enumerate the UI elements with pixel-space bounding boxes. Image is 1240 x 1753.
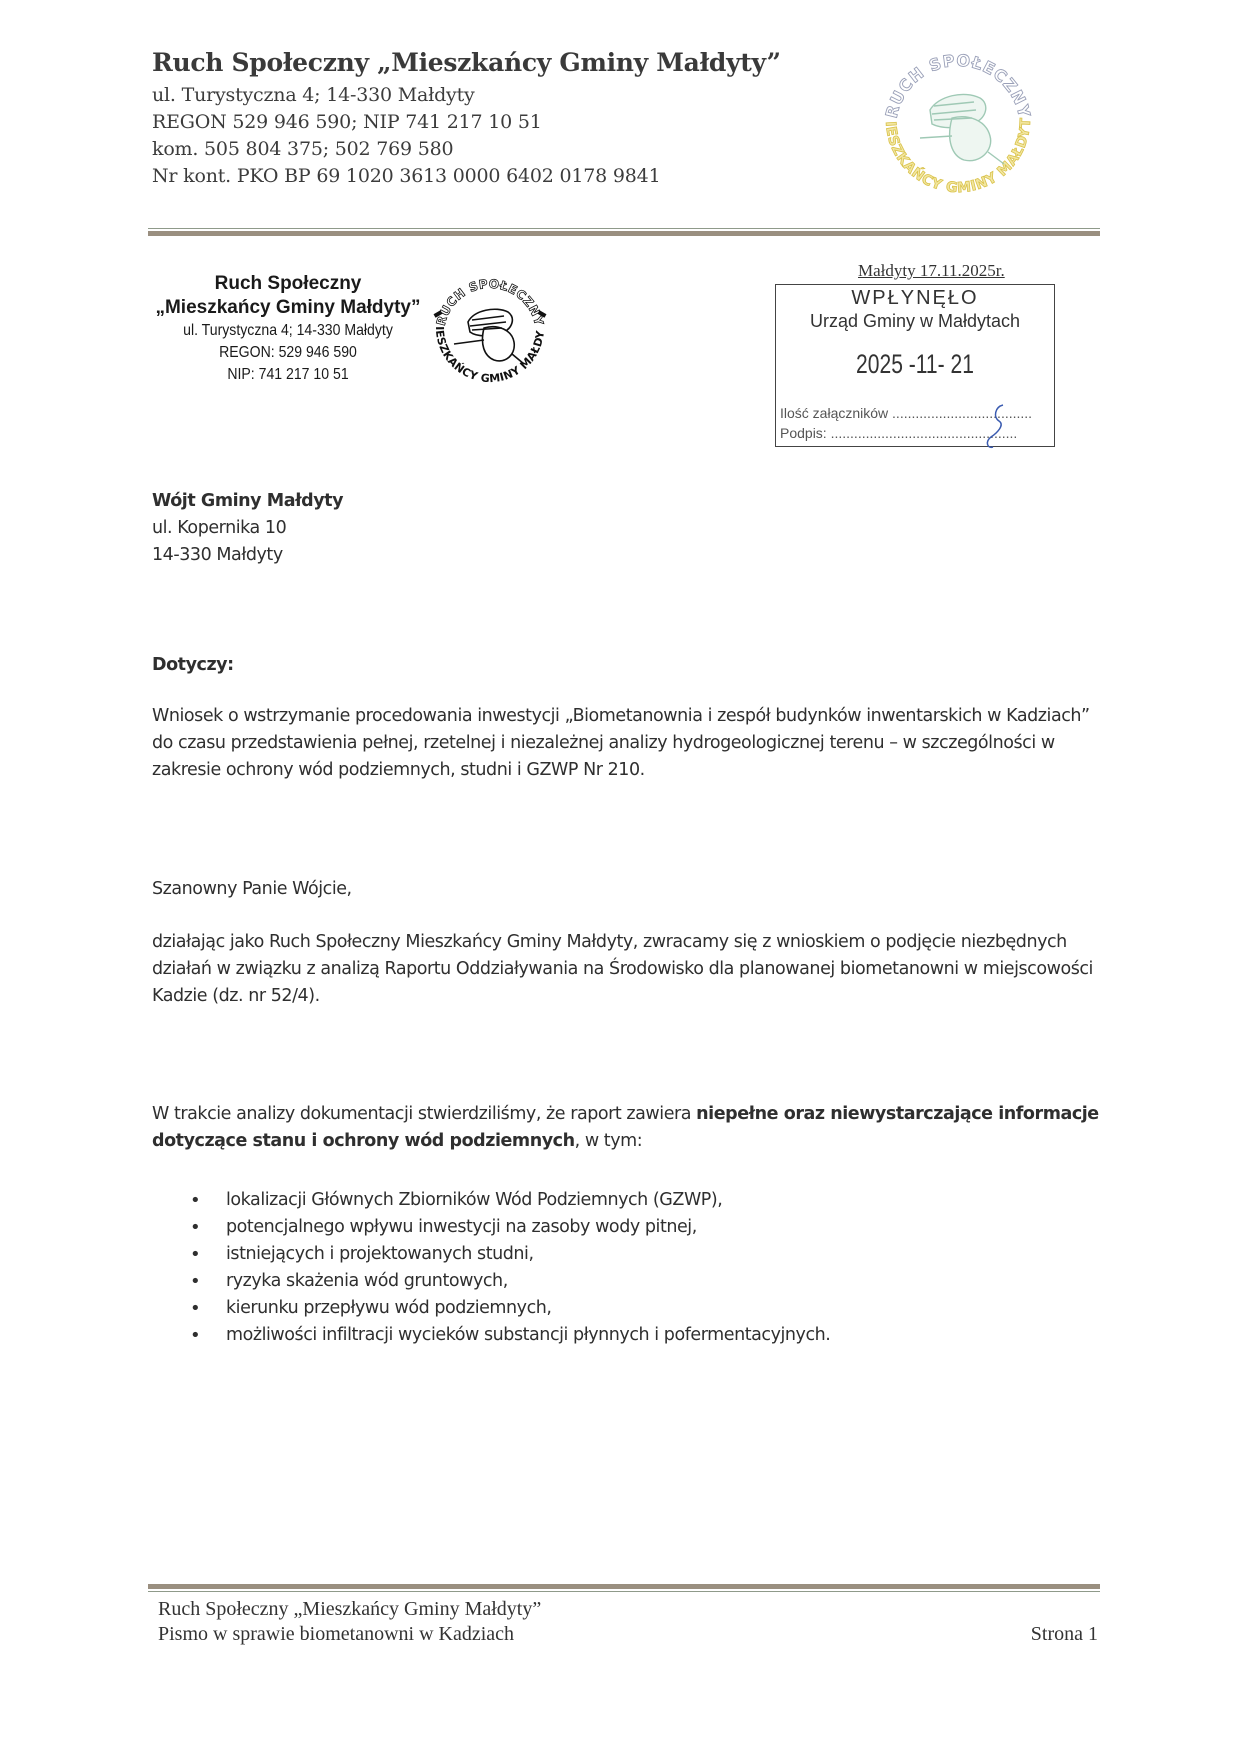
deficiency-list: lokalizacji Głównych Zbiorników Wód Podz… [190, 1187, 1090, 1349]
subject-label: Dotyczy: [152, 652, 234, 679]
greeting: Szanowny Panie Wójcie, [152, 876, 352, 903]
received-office: Urząd Gminy w Małdytach [776, 311, 1054, 332]
place-date: Małdyty 17.11.2025r. [858, 261, 1005, 281]
recipient-street: ul. Kopernika 10 [152, 515, 343, 542]
letterhead-phones: kom. 505 804 375; 502 769 580 [152, 138, 453, 160]
header-divider [148, 228, 1100, 236]
list-item: kierunku przepływu wód podziemnych, [190, 1295, 1090, 1322]
analysis-paragraph: W trakcie analizy dokumentacji stwierdzi… [152, 1101, 1102, 1155]
sender-name-line2: „Mieszkańcy Gminy Małdyty” [152, 296, 424, 320]
footer-document-title: Pismo w sprawie biometanowni w Kadziach [158, 1623, 514, 1646]
page-number: Strona 1 [1031, 1623, 1098, 1646]
letterhead-address: ul. Turystyczna 4; 14-330 Małdyty [152, 84, 475, 106]
analysis-tail: , w tym: [575, 1131, 643, 1151]
recipient-name: Wójt Gminy Małdyty [152, 488, 343, 515]
received-date: 2025 -11- 21 [807, 349, 1024, 380]
list-item: ryzyka skażenia wód gruntowych, [190, 1268, 1090, 1295]
sender-name-line1: Ruch Społeczny [152, 272, 424, 296]
received-title: WPŁYNĘŁO [776, 287, 1054, 310]
intro-paragraph: działając jako Ruch Społeczny Mieszkańcy… [152, 929, 1102, 1010]
letterhead-title: Ruch Społeczny „Mieszkańcy Gminy Małdyty… [152, 48, 781, 77]
analysis-lead: W trakcie analizy dokumentacji stwierdzi… [152, 1104, 696, 1124]
sender-address: ul. Turystyczna 4; 14-330 Małdyty [168, 320, 407, 342]
recipient-city: 14-330 Małdyty [152, 542, 343, 569]
subject-text: Wniosek o wstrzymanie procedowania inwes… [152, 703, 1102, 784]
list-item: potencjalnego wpływu inwestycji na zasob… [190, 1214, 1090, 1241]
signature-icon [981, 403, 1011, 451]
sender-regon: REGON: 529 946 590 [168, 342, 407, 364]
letterhead-bank-account: Nr kont. PKO BP 69 1020 3613 0000 6402 0… [152, 165, 660, 187]
list-item: możliwości infiltracji wycieków substanc… [190, 1322, 1090, 1349]
list-item: istniejących i projektowanych studni, [190, 1241, 1090, 1268]
handshake-logo-icon: RUCH SPOŁECZNY MIESZKAŃCY GMINY MAŁDYTY [424, 268, 556, 400]
handshake-logo-icon: RUCH SPOŁECZNY MIESZKAŃCY GMINY MAŁDYTY [868, 40, 1048, 215]
sender-stamp: Ruch Społeczny „Mieszkańcy Gminy Małdyty… [152, 272, 424, 386]
received-stamp: WPŁYNĘŁO Urząd Gminy w Małdytach 2025 -1… [775, 284, 1055, 447]
sender-nip: NIP: 741 217 10 51 [168, 364, 407, 386]
footer-divider [148, 1584, 1100, 1592]
letterhead-registry: REGON 529 946 590; NIP 741 217 10 51 [152, 111, 542, 133]
footer-organization: Ruch Społeczny „Mieszkańcy Gminy Małdyty… [158, 1598, 541, 1621]
recipient-block: Wójt Gminy Małdyty ul. Kopernika 10 14-3… [152, 488, 343, 569]
list-item: lokalizacji Głównych Zbiorników Wód Podz… [190, 1187, 1090, 1214]
